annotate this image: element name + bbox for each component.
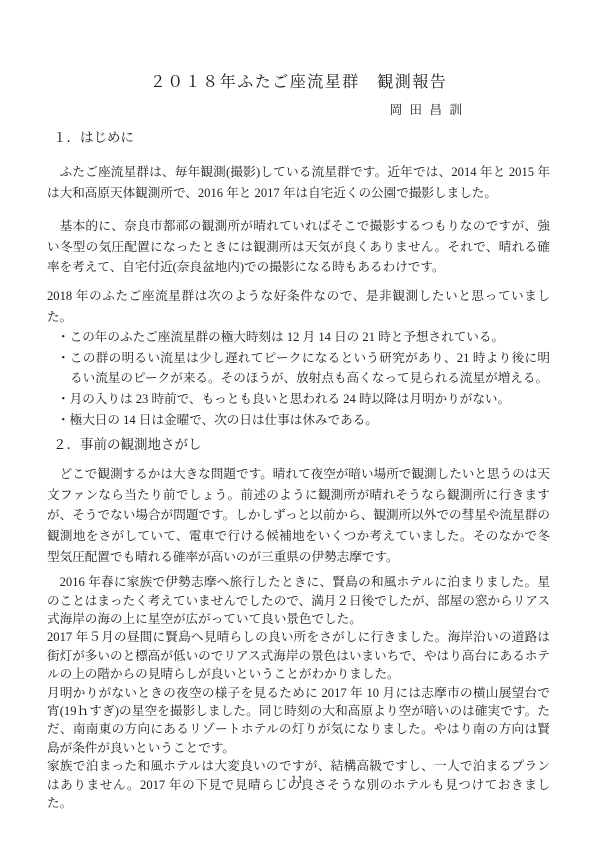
paragraph: 2018 年のふたご座流星群は次のような好条件なので、是非観測したいと思っていま…	[47, 286, 550, 327]
section-1-heading: １．はじめに	[53, 130, 550, 146]
list-item: ・この年のふたご座流星群の極大時刻は 12 月 14 日の 21 時と予想されて…	[57, 327, 550, 348]
document-page: ２０１８年ふたご座流星群 観測報告 岡 田 昌 訓 １．はじめに ふたご座流星群…	[0, 0, 595, 842]
bullet-list: ・この年のふたご座流星群の極大時刻は 12 月 14 日の 21 時と予想されて…	[57, 327, 550, 430]
bullet-marker: ・	[57, 351, 70, 365]
list-item-text: この年のふたご座流星群の極大時刻は 12 月 14 日の 21 時と予想されてい…	[70, 330, 504, 344]
list-item: ・月の入りは 23 時前で、もっとも良いと思われる 24 時以降は月明かりがない…	[57, 389, 550, 410]
paragraph: 2016 年春に家族で伊勢志摩へ旅行したときに、賢島の和風ホテルに泊まりました。…	[47, 573, 550, 628]
list-item-text: この群の明るい流星は少し遅れてピークになるという研究があり、21 時より後に明る…	[70, 351, 550, 386]
paragraph: 2017 年５月の昼間に賢島へ見晴らしの良い所をさがしに行きました。海岸沿いの道…	[47, 628, 550, 683]
list-item: ・この群の明るい流星は少し遅れてピークになるという研究があり、21 時より後に明…	[57, 348, 550, 389]
list-item-text: 極大日の 14 日は金曜で、次の日は仕事は休みである。	[70, 413, 378, 427]
section-2-heading: ２．事前の観測地さがし	[53, 437, 550, 453]
paragraph: 月明かりがないときの夜空の様子を見るために 2017 年 10 月には志摩市の横…	[47, 684, 550, 758]
paragraph: どこで観測するかは大きな問題です。晴れて夜空が暗い場所で観測したいと思うのは天文…	[47, 464, 550, 567]
list-item-text: 月の入りは 23 時前で、もっとも良いと思われる 24 時以降は月明かりがない。	[70, 392, 511, 406]
paragraph: ふたご座流星群は、毎年観測(撮影)している流星群です。近年では、2014 年と …	[47, 162, 550, 203]
list-item: ・極大日の 14 日は金曜で、次の日は仕事は休みである。	[57, 410, 550, 431]
document-body: ２０１８年ふたご座流星群 観測報告 岡 田 昌 訓 １．はじめに ふたご座流星群…	[47, 0, 550, 812]
bullet-marker: ・	[57, 413, 70, 427]
author-name: 岡 田 昌 訓	[47, 102, 550, 119]
paragraph: 基本的に、奈良市都祁の観測所が晴れていればそこで撮影するつもりなのですが、強い冬…	[47, 216, 550, 278]
page-number: - 11 -	[0, 774, 595, 786]
bullet-marker: ・	[57, 330, 70, 344]
document-title: ２０１８年ふたご座流星群 観測報告	[47, 0, 550, 95]
bullet-marker: ・	[57, 392, 70, 406]
